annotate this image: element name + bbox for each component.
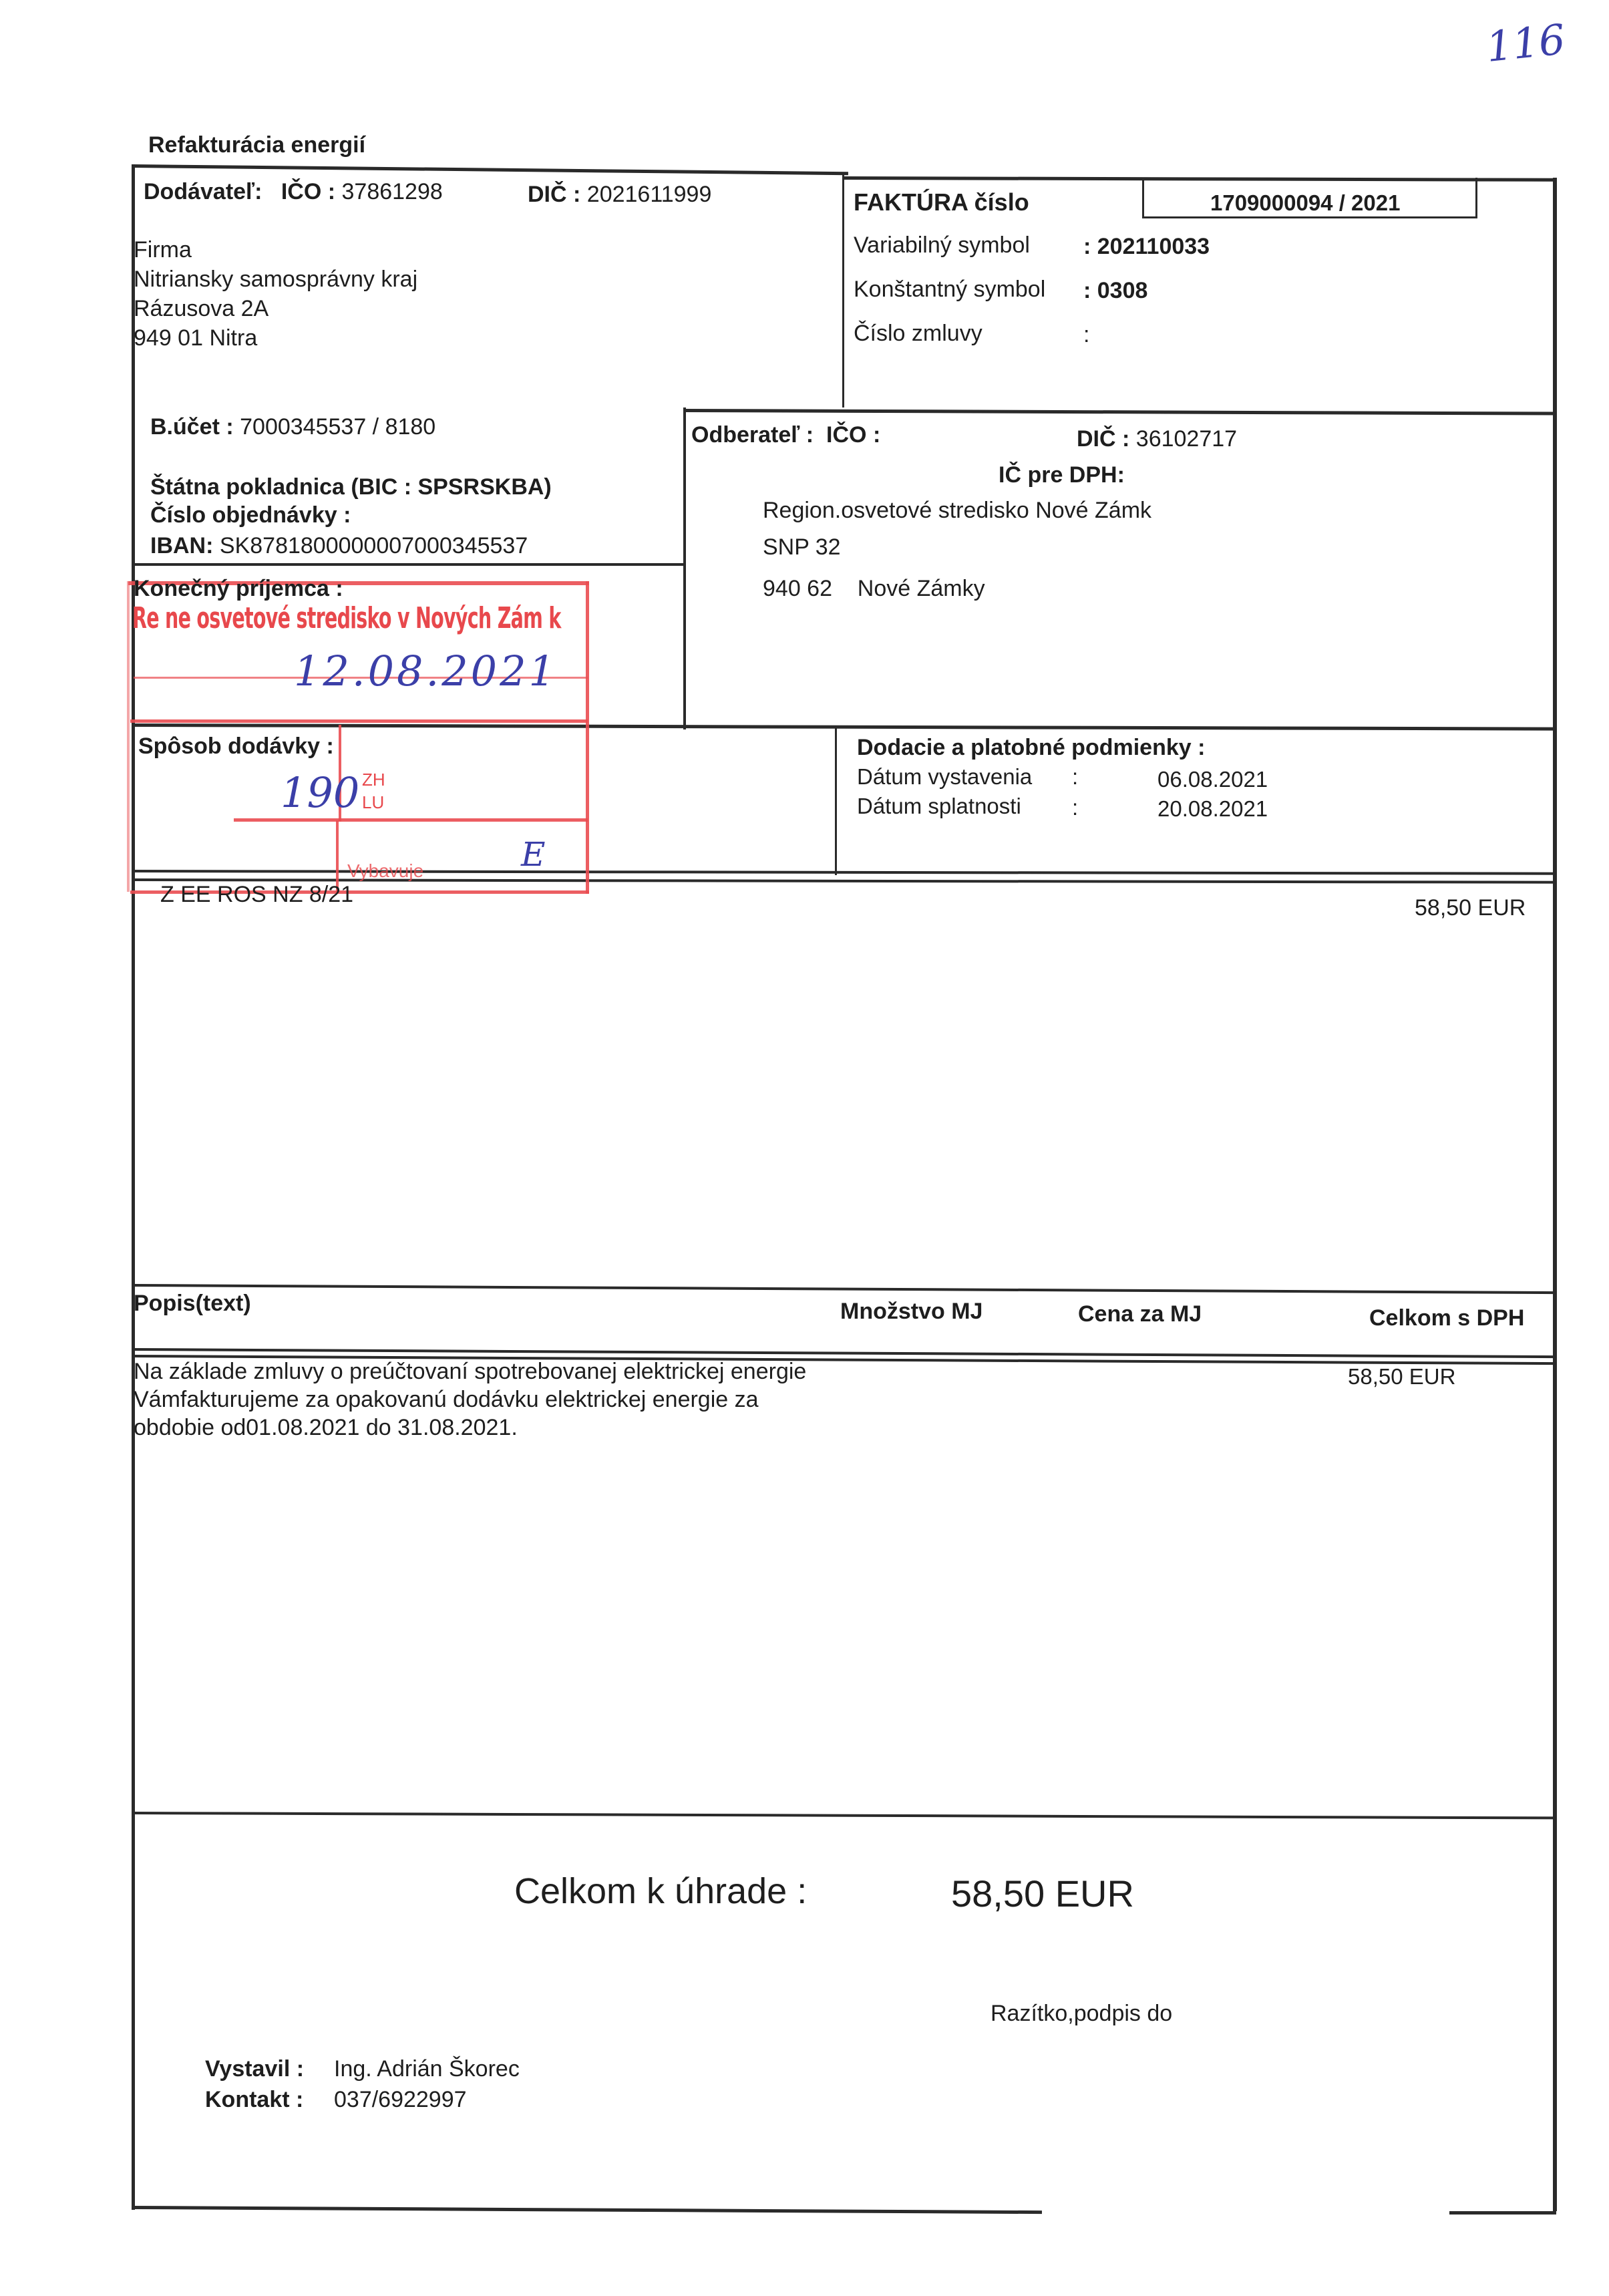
bank-account-label: B.účet :	[150, 414, 234, 440]
constant-symbol-label: Konštantný symbol	[854, 277, 1045, 303]
due-date: 20.08.2021	[1157, 796, 1268, 822]
final-recipient-label: Konečný príjemca :	[134, 576, 343, 602]
buyer-zip: 940 62	[763, 576, 832, 601]
stamp-registration-number: 190	[281, 768, 359, 817]
due-date-colon: :	[1072, 795, 1078, 820]
iban-label: IBAN:	[150, 533, 213, 558]
total-due-value: 58,50 EUR	[951, 1872, 1134, 1915]
buyer-street: SNP 32	[763, 534, 841, 560]
supplier-address-line: Nitriansky samosprávny kraj	[134, 265, 417, 294]
stamp-handled-by-label: Vybavuje	[347, 860, 423, 882]
buyer-dic-label: DIČ :	[1077, 426, 1129, 452]
buyer-vat-label: IČ pre DPH:	[999, 462, 1125, 488]
buyer-ico-label: IČO :	[826, 422, 880, 448]
supplier-ico-label: IČO :	[281, 179, 335, 204]
supplier-address-line: 949 01 Nitra	[134, 323, 417, 353]
due-date-label: Dátum splatnosti	[857, 794, 1021, 819]
constant-symbol-value: : 0308	[1083, 278, 1147, 304]
bank-name: Štátna pokladnica (BIC : SPSRSKBA)	[150, 474, 552, 500]
buyer-name: Region.osvetové stredisko Nové Zámk	[763, 498, 1151, 524]
stamp-organization-text: Re ne osvetové stredisko v Nových Zám k	[132, 601, 561, 635]
stamp-handled-by-mark: E	[521, 835, 546, 874]
invoice-label: FAKTÚRA číslo	[854, 188, 1029, 216]
supplier-dic-label: DIČ :	[528, 182, 580, 207]
reference-amount: 58,50 EUR	[1415, 895, 1526, 921]
reference-code: Z EE ROS NZ 8/21	[160, 882, 353, 908]
column-header-total: Celkom s DPH	[1369, 1305, 1524, 1331]
handwritten-page-number: 116	[1484, 15, 1568, 71]
iban: SK8781800000007000345537	[220, 533, 528, 558]
column-header-quantity: Množstvo MJ	[840, 1299, 982, 1325]
supplier-address-line: Firma	[134, 235, 417, 265]
contact-phone: 037/6922997	[334, 2087, 467, 2113]
contract-number-label: Číslo zmluvy	[854, 321, 982, 347]
buyer-city: Nové Zámky	[858, 576, 985, 601]
issue-date-colon: :	[1072, 764, 1078, 790]
issued-by-name: Ing. Adrián Škorec	[334, 2056, 520, 2082]
terms-title: Dodacie a platobné podmienky :	[857, 735, 1205, 761]
total-due-label: Celkom k úhrade :	[514, 1870, 807, 1912]
issue-date: 06.08.2021	[1157, 767, 1268, 792]
order-number-label: Číslo objednávky :	[150, 502, 351, 528]
supplier-dic: 2021611999	[587, 182, 712, 207]
document-title: Refakturácia energií	[148, 132, 365, 158]
stamp-signature-label: Razítko,podpis do	[991, 2001, 1201, 2027]
buyer-dic: 36102717	[1136, 426, 1237, 452]
issued-by-label: Vystavil :	[205, 2056, 304, 2082]
supplier-label: Dodávateľ:	[144, 179, 262, 204]
column-header-description: Popis(text)	[134, 1291, 251, 1317]
variable-symbol-value: : 202110033	[1083, 234, 1210, 260]
issue-date-label: Dátum vystavenia	[857, 764, 1032, 790]
column-header-unit-price: Cena za MJ	[1078, 1301, 1202, 1327]
delivery-method-label: Spôsob dodávky :	[138, 733, 334, 760]
contract-number-value: :	[1083, 322, 1089, 348]
bank-account: 7000345537 / 8180	[240, 414, 435, 440]
supplier-address-line: Rázusova 2A	[134, 294, 417, 323]
variable-symbol-label: Variabilný symbol	[854, 232, 1030, 259]
contact-label: Kontakt :	[205, 2087, 303, 2113]
supplier-ico: 37861298	[342, 179, 443, 204]
stamp-code: LU	[362, 791, 385, 814]
buyer-label: Odberateľ :	[691, 422, 814, 448]
stamp-code: ZH	[362, 768, 385, 791]
stamp-received-date: 12.08.2021	[294, 647, 558, 695]
item-total: 58,50 EUR	[1348, 1364, 1455, 1389]
invoice-number: 1709000094 / 2021	[1210, 190, 1400, 216]
item-description: Na základe zmluvy o preúčtovaní spotrebo…	[134, 1357, 815, 1442]
